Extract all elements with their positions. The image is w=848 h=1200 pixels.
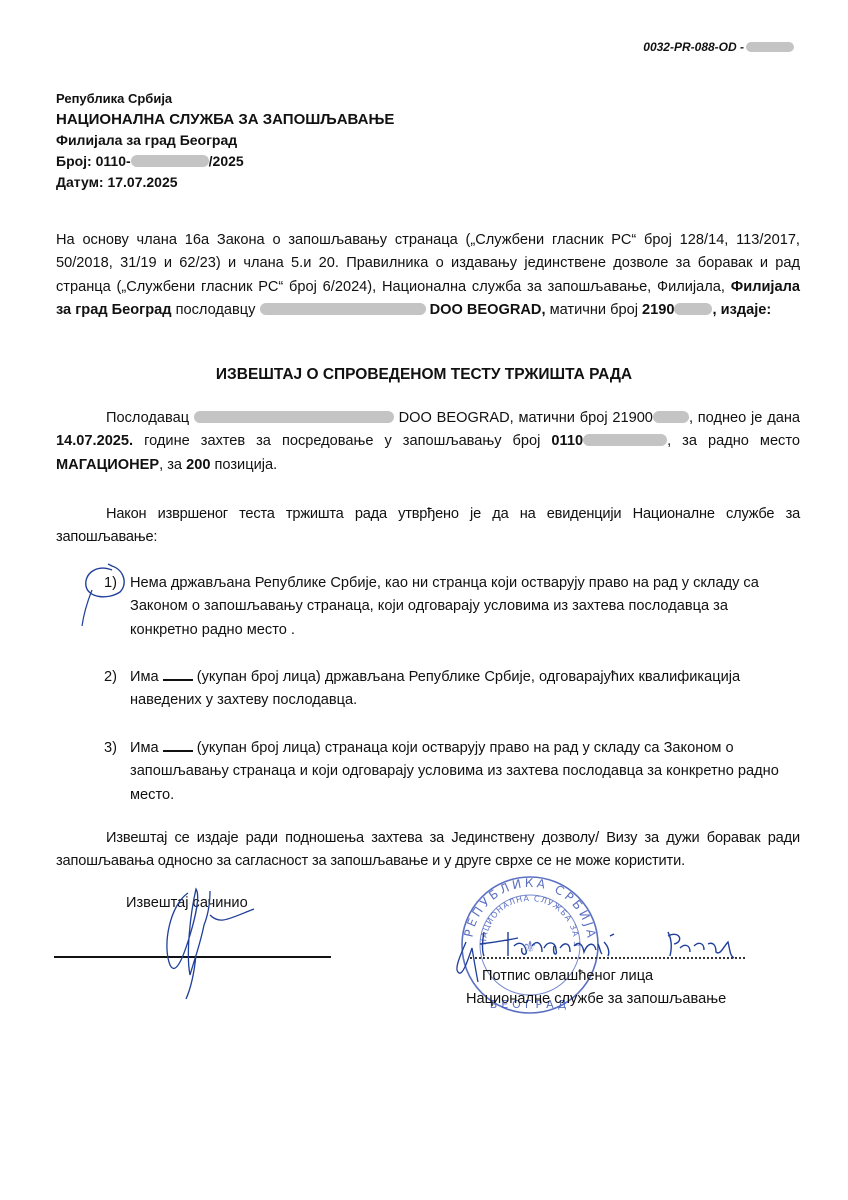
signature-label-line-2: Националне службе за запошљавање: [466, 988, 756, 1011]
finding-item-3: 3) Има (укупан број лица) странаца који …: [104, 737, 798, 807]
document-number: Број: 0110-/2025: [56, 151, 394, 172]
signature-label-line-1: Потпис овлашћеног лица: [466, 965, 756, 988]
document-date: Датум: 17.07.2025: [56, 172, 394, 193]
handwritten-signature-left: [150, 885, 260, 1000]
redaction: [583, 434, 667, 446]
item-text: Има (укупан број лица) странаца који ост…: [130, 737, 798, 807]
document-code: 0032-PR-088-OD -: [643, 40, 794, 54]
findings-intro: Након извршеног теста тржишта рада утврђ…: [56, 503, 800, 550]
redaction: [653, 411, 689, 423]
redaction: [194, 411, 394, 423]
agency-name: НАЦИОНАЛНА СЛУЖБА ЗА ЗАПОШЉАВАЊЕ: [56, 109, 394, 130]
report-title: ИЗВЕШТАЈ О СПРОВЕДЕНОМ ТЕСТУ ТРЖИШТА РАД…: [0, 366, 848, 384]
branch-name: Филијала за град Београд: [56, 130, 394, 151]
purpose-paragraph: Извештај се издаје ради подношења захтев…: [56, 827, 800, 874]
item-text: Нема држављана Републике Србије, као ни …: [130, 572, 798, 642]
document-code-text: 0032-PR-088-OD -: [643, 40, 744, 54]
authorized-signature-label: Потпис овлашћеног лица Националне службе…: [466, 965, 756, 1011]
finding-item-1: 1) Нема држављана Републике Србије, као …: [104, 572, 798, 642]
item-number: 3): [104, 737, 117, 760]
redaction: [131, 155, 209, 167]
blank-field: [163, 738, 193, 752]
blank-field: [163, 667, 193, 681]
country-name: Република Србија: [56, 88, 394, 109]
letterhead: Република Србија НАЦИОНАЛНА СЛУЖБА ЗА ЗА…: [56, 88, 394, 193]
finding-item-2: 2) Има (укупан број лица) држављана Репу…: [104, 666, 798, 713]
redaction: [746, 42, 794, 52]
intro-paragraph: На основу члана 16а Закона о запошљавању…: [56, 229, 800, 322]
redaction: [674, 303, 712, 315]
redaction: [260, 303, 426, 315]
employer-paragraph: Послодавац DOO BEOGRAD, матични број 219…: [56, 407, 800, 477]
item-text: Има (укупан број лица) држављана Републи…: [130, 666, 798, 713]
handwritten-circle-mark: [78, 560, 138, 630]
item-number: 2): [104, 666, 117, 689]
